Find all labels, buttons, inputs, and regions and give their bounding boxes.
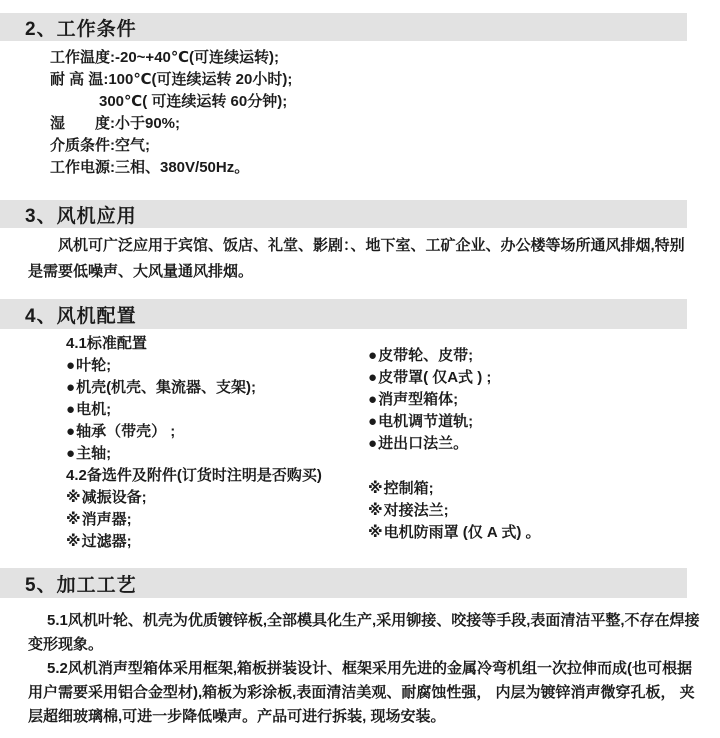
section-header-working-conditions: 2、工作条件 — [0, 13, 687, 41]
list-item-label: 电机; — [76, 401, 111, 418]
optional-config-heading: 4.2备选件及附件(订货时注明是否购买) — [66, 465, 322, 487]
section-title-process: 5、加工工艺 — [25, 570, 137, 597]
list-item: ※电机防雨罩 (仅 A 式) 。 — [368, 522, 541, 544]
condition-line-temperature: 工作温度:-20~+40℃(可连续运转); — [50, 47, 292, 69]
ref-marker: ※ — [368, 480, 383, 497]
list-item: ※对接法兰; — [368, 500, 541, 522]
bullet-marker: ● — [66, 423, 75, 440]
section-title-configuration: 4、风机配置 — [25, 301, 137, 328]
list-item: ※减振设备; — [66, 487, 322, 509]
list-item: ●进出口法兰。 — [368, 433, 491, 455]
list-item-label: 机壳(机壳、集流器、支架); — [76, 379, 256, 396]
list-item-label: 进出口法兰。 — [378, 435, 468, 452]
bullet-marker: ● — [368, 347, 377, 364]
list-item-label: 消声器; — [82, 511, 132, 528]
list-item: ●皮带轮、皮带; — [368, 345, 491, 367]
list-item: ●叶轮; — [66, 355, 322, 377]
section-header-process: 5、加工工艺 — [0, 568, 687, 598]
ref-marker: ※ — [368, 502, 383, 519]
ref-marker: ※ — [66, 489, 81, 506]
list-item: ●机壳(机壳、集流器、支架); — [66, 377, 322, 399]
section-title-application: 3、风机应用 — [25, 201, 137, 228]
list-item: ●主轴; — [66, 443, 322, 465]
bullet-marker: ● — [66, 401, 75, 418]
list-item-label: 过滤器; — [82, 533, 132, 550]
list-item: ※消声器; — [66, 509, 322, 531]
section-header-application: 3、风机应用 — [0, 200, 687, 228]
list-item-label: 皮带罩( 仅A式 ) ; — [378, 369, 491, 386]
list-item: ●轴承（带壳） ; — [66, 421, 322, 443]
condition-line-heat-resist-2: 300℃( 可连续运转 60分钟); — [50, 91, 292, 113]
bullet-marker: ● — [368, 413, 377, 430]
list-item-label: 叶轮; — [76, 357, 111, 374]
configuration-right-optional-column: ※控制箱; ※对接法兰; ※电机防雨罩 (仅 A 式) 。 — [368, 478, 541, 544]
list-item: ●电机调节道轨; — [368, 411, 491, 433]
bullet-marker: ● — [368, 435, 377, 452]
bullet-marker: ● — [66, 445, 75, 462]
condition-line-heat-resist: 耐 高 温:100℃(可连续运转 20小时); — [50, 69, 292, 91]
list-item-label: 对接法兰; — [384, 502, 449, 519]
section-header-configuration: 4、风机配置 — [0, 299, 687, 329]
process-paragraph-1: 5.1风机叶轮、机壳为优质镀锌板,全部模具化生产,采用铆接、咬接等手段,表面清洁… — [28, 609, 704, 657]
condition-line-humidity: 湿 度:小于90%; — [50, 113, 292, 135]
standard-config-heading: 4.1标准配置 — [66, 333, 322, 355]
configuration-left-column: 4.1标准配置 ●叶轮; ●机壳(机壳、集流器、支架); ●电机; ●轴承（带壳… — [66, 333, 322, 553]
list-item: ●消声型箱体; — [368, 389, 491, 411]
list-item-label: 消声型箱体; — [378, 391, 458, 408]
list-item-label: 轴承（带壳） ; — [76, 423, 175, 440]
list-item: ※控制箱; — [368, 478, 541, 500]
list-item-label: 控制箱; — [384, 480, 434, 497]
list-item: ※过滤器; — [66, 531, 322, 553]
list-item-label: 电机调节道轨; — [378, 413, 473, 430]
condition-line-medium: 介质条件:空气; — [50, 135, 292, 157]
ref-marker: ※ — [66, 511, 81, 528]
bullet-marker: ● — [368, 391, 377, 408]
bullet-marker: ● — [66, 357, 75, 374]
list-item-label: 减振设备; — [82, 489, 147, 506]
bullet-marker: ● — [368, 369, 377, 386]
list-item-label: 皮带轮、皮带; — [378, 347, 473, 364]
bullet-marker: ● — [66, 379, 75, 396]
list-item-label: 主轴; — [76, 445, 111, 462]
working-conditions-list: 工作温度:-20~+40℃(可连续运转); 耐 高 温:100℃(可连续运转 2… — [50, 47, 292, 179]
process-paragraphs: 5.1风机叶轮、机壳为优质镀锌板,全部模具化生产,采用铆接、咬接等手段,表面清洁… — [28, 609, 704, 729]
section-title-working-conditions: 2、工作条件 — [25, 14, 137, 41]
ref-marker: ※ — [66, 533, 81, 550]
list-item-label: 电机防雨罩 (仅 A 式) 。 — [384, 524, 541, 541]
list-item: ●电机; — [66, 399, 322, 421]
application-paragraph: 风机可广泛应用于宾馆、饭店、礼堂、影剧：、地下室、工矿企业、办公楼等场所通风排烟… — [28, 233, 694, 285]
spec-document-page: 2、工作条件 工作温度:-20~+40℃(可连续运转); 耐 高 温:100℃(… — [0, 0, 720, 738]
process-paragraph-2: 5.2风机消声型箱体采用框架,箱板拼装设计、框架采用先进的金属冷弯机组一次拉伸而… — [28, 657, 704, 729]
ref-marker: ※ — [368, 524, 383, 541]
configuration-right-standard-column: ●皮带轮、皮带; ●皮带罩( 仅A式 ) ; ●消声型箱体; ●电机调节道轨; … — [368, 345, 491, 455]
condition-line-power: 工作电源:三相、380V/50Hz。 — [50, 157, 292, 179]
list-item: ●皮带罩( 仅A式 ) ; — [368, 367, 491, 389]
